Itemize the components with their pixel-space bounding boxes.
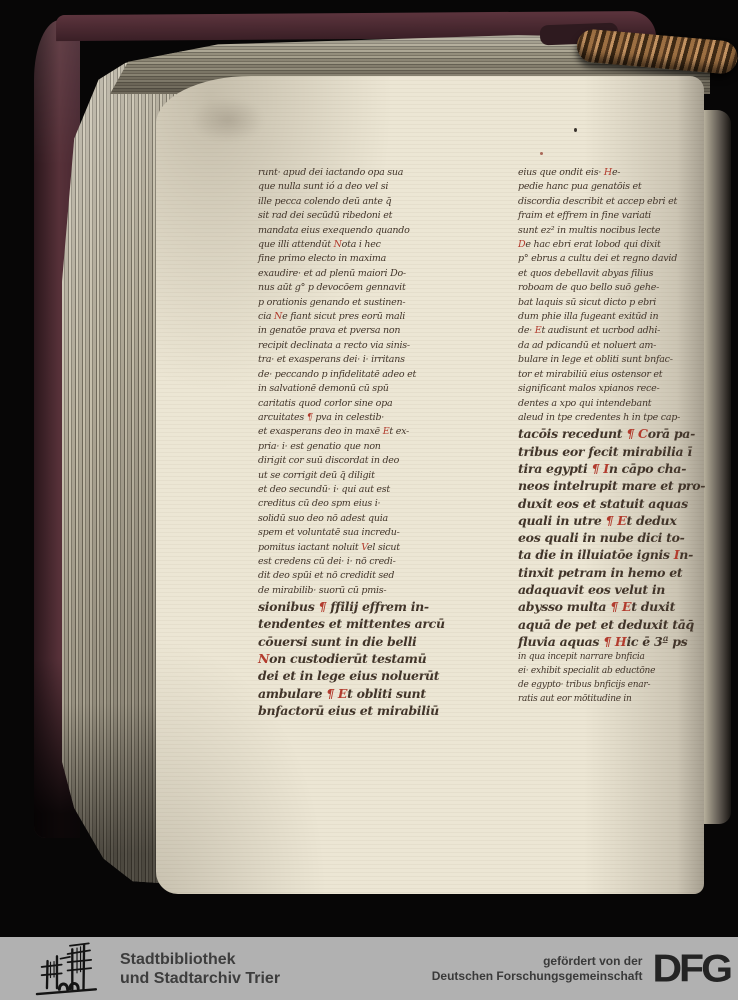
manuscript-text-line: abysso multa ¶ Et duxit (518, 598, 670, 615)
manuscript-text-line: bat laquis sū sicut dicto p ebri (518, 296, 670, 310)
text-column-left: runt· apud dei iactando opa suaque nulla… (258, 166, 380, 719)
ink-text: eos quali in nube dici to- (518, 530, 685, 545)
ink-text: in qua incepit narrare bnficia (518, 652, 645, 662)
ink-text: bnfactorū eius et mirabiliū (258, 703, 439, 718)
manuscript-text-line: sunt ez² in multis nocibus lecte (518, 224, 670, 238)
ink-text: t obliti sunt (347, 686, 426, 701)
manuscript-text-line: De hac ebri erat lobod qui dixit (518, 238, 670, 252)
manuscript-text-line: fine primo electo in maxima (258, 252, 380, 266)
ink-text: caritatis quod corlor sine opa (258, 398, 392, 409)
manuscript-text-line: neos intelrupit mare et pro- (518, 477, 670, 494)
manuscript-text-line: dentes a xpo qui intendebant (518, 397, 670, 411)
manuscript-text-line: dum phie illa fugeant exitūd in (518, 310, 670, 324)
ink-text: e- (612, 167, 620, 178)
ink-text: dum phie illa fugeant exitūd in (518, 311, 658, 322)
manuscript-text-line: quali in utre ¶ Et dedux (518, 512, 670, 529)
manuscript-text-line: Non custodierūt testamū (258, 650, 380, 667)
library-logo-porta-nigra-icon (28, 941, 106, 997)
ink-text: e hac ebri erat lobod qui dixit (525, 239, 660, 250)
manuscript-text-line: bnfactorū eius et mirabiliū (258, 702, 380, 719)
manuscript-text-line: de mirabilib· suorū cū pmis- (258, 584, 380, 598)
manuscript-text-line: cōuersi sunt in die belli (258, 633, 380, 650)
manuscript-text-line: significant malos xpianos rece- (518, 382, 670, 396)
ink-text: adaquavit eos velut in (518, 582, 665, 597)
manuscript-text-line: tira egypti ¶ In cāpo cha- (518, 460, 670, 477)
ink-text: ffilij effrem in- (326, 599, 429, 614)
manuscript-text-line: in salvationē demonū cū spū (258, 382, 380, 396)
ink-text: de mirabilib· suorū cū pmis- (258, 585, 386, 596)
ink-text: tinxit petram in hemo et (518, 565, 682, 580)
ink-text: mandata eius exequendo quando (258, 225, 410, 236)
ink-speck (540, 152, 543, 155)
manuscript-text-line: tacōis recedunt ¶ Corā pa- (518, 425, 670, 442)
manuscript-text-line: tra· et exasperans dei· i· irritans (258, 353, 380, 367)
ink-text: tribus eor fecit mirabilia ī (518, 444, 692, 459)
ink-text: de egypto· tribus bnficijs enar- (518, 680, 650, 690)
manuscript-page: runt· apud dei iactando opa suaque nulla… (156, 76, 704, 894)
manuscript-text-line: eius que ondit eis· He- (518, 166, 670, 180)
ink-text: p orationis genando et sustinen- (258, 297, 405, 308)
ink-text: ta die in illuiatōe ignis (518, 547, 674, 562)
manuscript-text-line: mandata eius exequendo quando (258, 224, 380, 238)
ink-text: dit deo spūi et nō credidit sed (258, 570, 394, 581)
ink-text: roboam de quo bello suō gehe- (518, 282, 659, 293)
ink-text: neos intelrupit mare et pro- (518, 478, 705, 493)
ink-text: ic ē 3ª ps (626, 634, 687, 649)
manuscript-text-line: arcuitates ¶ pva in celestib· (258, 411, 380, 425)
manuscript-text-line: dirigit cor suū discordat in deo (258, 454, 380, 468)
ink-text: duxit eos et statuit aquas (518, 496, 688, 511)
manuscript-text-line: runt· apud dei iactando opa sua (258, 166, 380, 180)
ink-text: arcuitates (258, 412, 307, 423)
manuscript-text-line: ambulare ¶ Et obliti sunt (258, 685, 380, 702)
manuscript-text-line: tendentes et mittentes arcū (258, 615, 380, 632)
manuscript-text-line: dei et in lege eius noluerūt (258, 667, 380, 684)
manuscript-text-line: in genatōe prava et pversa non (258, 324, 380, 338)
ink-text: solidū suo deo nō adest quia (258, 513, 388, 524)
manuscript-text-line: ut se corrigit deū q̄ diligit (258, 469, 380, 483)
ink-text: et deo secundū· i· qui aut est (258, 484, 390, 495)
manuscript-text-line: ta die in illuiatōe ignis In- (518, 546, 670, 563)
ink-text: de· (518, 325, 535, 336)
rubric-mark: N (258, 651, 269, 666)
manuscript-text-line: sionibus ¶ ffilij effrem in- (258, 598, 380, 615)
scan-background: runt· apud dei iactando opa suaque nulla… (0, 0, 738, 1000)
ink-text: on custodierūt testamū (269, 651, 426, 666)
ink-text: t dedux (626, 513, 676, 528)
manuscript-text-line: de· peccando p infidelitatē adeo et (258, 368, 380, 382)
manuscript-text-line: p° ebrus a cultu dei et regno david (518, 252, 670, 266)
rubric-mark: H (604, 167, 612, 178)
manuscript-text-line: de· Et audisunt et ucrbod adhi- (518, 324, 670, 338)
ink-text: significant malos xpianos rece- (518, 383, 659, 394)
ink-text: runt· apud dei iactando opa sua (258, 167, 403, 178)
manuscript-text-line: eos quali in nube dici to- (518, 529, 670, 546)
ink-text: ei· exhibit specialit ab eductōne (518, 666, 655, 676)
ink-text: tendentes et mittentes arcū (258, 616, 445, 631)
manuscript-text-line: ei· exhibit specialit ab eductōne (518, 664, 670, 678)
rubric-mark: ¶ (610, 599, 618, 614)
rubric-mark: ¶ (318, 599, 326, 614)
ink-text: et exasperans deo in maxē (258, 426, 383, 437)
manuscript-text-line: fraim et effrem in fine variati (518, 209, 670, 223)
ink-text: fraim et effrem in fine variati (518, 210, 651, 221)
ink-text: in genatōe prava et pversa non (258, 325, 400, 336)
ink-text: fine primo electo in maxima (258, 253, 386, 264)
ink-text: orā pa- (648, 426, 695, 441)
opposite-page-sliver (704, 110, 731, 824)
ink-text: da ad pdicandū et noluert am- (518, 340, 656, 351)
ink-text: fluvia aquas (518, 634, 603, 649)
manuscript-text-line: ratis aut eor mōtitudine in (518, 692, 670, 706)
manuscript-text-line: ille pecca colendo deū ante q̄ (258, 195, 380, 209)
manuscript-text-line: tinxit petram in hemo et (518, 564, 670, 581)
manuscript-text-line: dit deo spūi et nō credidit sed (258, 569, 380, 583)
manuscript-text-line: tor et mirabiliū eius ostensor et (518, 368, 670, 382)
ink-text: exaudire· et ad plenū maiori Do- (258, 268, 406, 279)
ink-text: p° ebrus a cultu dei et regno david (518, 253, 677, 264)
manuscript-text-line: p orationis genando et sustinen- (258, 296, 380, 310)
footer-banner: Stadtbibliothek und Stadtarchiv Trier ge… (0, 937, 738, 1000)
ink-smudge (192, 98, 264, 142)
ink-text: pria· i· est genatio que non (258, 441, 381, 452)
rubric-mark: ¶ (603, 634, 611, 649)
rubric-mark: N (274, 311, 282, 322)
manuscript-text-line: in qua incepit narrare bnficia (518, 650, 670, 664)
manuscript-text-line: et quos debellavit abyas filius (518, 267, 670, 281)
ink-text: tacōis recedunt (518, 426, 626, 441)
manuscript-text-line: sit rad dei secūdū ribedoni et (258, 209, 380, 223)
manuscript-text-line: spem et voluntatē sua incredu- (258, 526, 380, 540)
ink-text: el sicut (367, 542, 400, 553)
ink-text: eius que ondit eis· (518, 167, 604, 178)
rubric-mark: N (334, 239, 342, 250)
ink-text: discordia describit et accep ebri et (518, 196, 677, 207)
manuscript-text-line: pria· i· est genatio que non (258, 440, 380, 454)
ink-text: pva in celestib· (313, 412, 385, 423)
ink-text: et quos debellavit abyas filius (518, 268, 653, 279)
ink-text: tor et mirabiliū eius ostensor et (518, 369, 662, 380)
ink-text: que illi attendūt (258, 239, 334, 250)
manuscript-text-line: que illi attendūt Nota i hec (258, 238, 380, 252)
manuscript-text-line: tribus eor fecit mirabilia ī (518, 443, 670, 460)
manuscript-text-line: exaudire· et ad plenū maiori Do- (258, 267, 380, 281)
rubric-mark: ¶ (626, 426, 634, 441)
ink-text: ratis aut eor mōtitudine in (518, 694, 632, 704)
rubric-mark: E (338, 686, 347, 701)
ink-text: ut se corrigit deū q̄ diligit (258, 470, 375, 481)
manuscript-text-line: nus aūt g° p devocōem gennavit (258, 281, 380, 295)
manuscript-text-line: adaquavit eos velut in (518, 581, 670, 598)
rubric-mark: ¶ (326, 686, 334, 701)
library-name-line2: und Stadtarchiv Trier (120, 969, 280, 988)
ink-text: aleud in tpe credentes h in tpe cap- (518, 412, 680, 423)
ink-text: sit rad dei secūdū ribedoni et (258, 210, 392, 221)
manuscript-text-line: solidū suo deo nō adest quia (258, 512, 380, 526)
manuscript-text-line: est credens cū dei· i· nō credi- (258, 555, 380, 569)
ink-text: dirigit cor suū discordat in deo (258, 455, 399, 466)
ink-text: sionibus (258, 599, 318, 614)
ink-text: in salvationē demonū cū spū (258, 383, 389, 394)
funding-credit: gefördert von der Deutschen Forschungsge… (432, 954, 643, 984)
manuscript-text-line: et deo secundū· i· qui aut est (258, 483, 380, 497)
ink-text: n- (679, 547, 693, 562)
ink-text: e fiant sicut pres eorū mali (282, 311, 405, 322)
ink-text: bulare in lege et obliti sunt bnfac- (518, 354, 673, 365)
ink-text: n cāpo cha- (609, 461, 686, 476)
ink-text: ambulare (258, 686, 326, 701)
rubric-mark: H (615, 634, 627, 649)
manuscript-text-line: caritatis quod corlor sine opa (258, 397, 380, 411)
book: runt· apud dei iactando opa suaque nulla… (0, 0, 738, 1000)
ink-text: dei et in lege eius noluerūt (258, 668, 439, 683)
ink-text: tira egypti (518, 461, 592, 476)
manuscript-text-line: aleud in tpe credentes h in tpe cap- (518, 411, 670, 425)
ink-text: cia (258, 311, 274, 322)
manuscript-text-line: aquā de pet et deduxit tāq̄ (518, 616, 670, 633)
ink-text: nus aūt g° p devocōem gennavit (258, 282, 406, 293)
manuscript-text-line: da ad pdicandū et noluert am- (518, 339, 670, 353)
ink-text: quali in utre (518, 513, 606, 528)
library-name: Stadtbibliothek und Stadtarchiv Trier (120, 950, 280, 988)
manuscript-text-line: discordia describit et accep ebri et (518, 195, 670, 209)
ink-text: pedie hanc pua genatōis et (518, 181, 642, 192)
manuscript-text-line: bulare in lege et obliti sunt bnfac- (518, 353, 670, 367)
ink-text: aquā de pet et deduxit tāq̄ (518, 617, 694, 632)
manuscript-text-line: roboam de quo bello suō gehe- (518, 281, 670, 295)
funding-line1: gefördert von der (432, 954, 643, 969)
ink-text: de· peccando p infidelitatē adeo et (258, 369, 416, 380)
ink-text: creditus cū deo spm eius i· (258, 498, 380, 509)
ink-text: tra· et exasperans dei· i· irritans (258, 354, 405, 365)
ink-speck (574, 128, 577, 132)
manuscript-text-line: de egypto· tribus bnficijs enar- (518, 678, 670, 692)
ink-text: t ex- (389, 426, 409, 437)
ink-text: recipit declinata a recto via sinis- (258, 340, 410, 351)
ink-text: que nulla sunt ió a deo vel si (258, 181, 388, 192)
dfg-logo: DFG (652, 946, 730, 991)
manuscript-text-line: et exasperans deo in maxē Et ex- (258, 425, 380, 439)
ink-text: sunt ez² in multis nocibus lecte (518, 225, 660, 236)
library-name-line1: Stadtbibliothek (120, 950, 280, 969)
ink-text: spem et voluntatē sua incredu- (258, 527, 400, 538)
ink-text: abysso multa (518, 599, 610, 614)
manuscript-text-line: pedie hanc pua genatōis et (518, 180, 670, 194)
text-column-right: eius que ondit eis· He-pedie hanc pua ge… (518, 166, 670, 706)
rubric-mark: C (638, 426, 648, 441)
manuscript-text-line: fluvia aquas ¶ Hic ē 3ª ps (518, 633, 670, 650)
ink-text: bat laquis sū sicut dicto p ebri (518, 297, 656, 308)
ink-text: ille pecca colendo deū ante q̄ (258, 196, 391, 207)
ink-text: pomitus iactant noluit (258, 542, 361, 553)
ink-text: est credens cū dei· i· nō credi- (258, 556, 396, 567)
manuscript-text-line: cia Ne fiant sicut pres eorū mali (258, 310, 380, 324)
manuscript-text-line: recipit declinata a recto via sinis- (258, 339, 380, 353)
manuscript-text-line: pomitus iactant noluit Vel sicut (258, 541, 380, 555)
rubric-mark: E (622, 599, 631, 614)
ink-text: cōuersi sunt in die belli (258, 634, 416, 649)
funding-line2: Deutschen Forschungsgemeinschaft (432, 969, 643, 984)
ink-text: ota i hec (342, 239, 381, 250)
manuscript-text-line: que nulla sunt ió a deo vel si (258, 180, 380, 194)
manuscript-text-line: duxit eos et statuit aquas (518, 495, 670, 512)
ink-text: t audisunt et ucrbod adhi- (541, 325, 660, 336)
ink-text: dentes a xpo qui intendebant (518, 398, 651, 409)
ink-text: t duxit (631, 599, 675, 614)
manuscript-text-line: creditus cū deo spm eius i· (258, 497, 380, 511)
